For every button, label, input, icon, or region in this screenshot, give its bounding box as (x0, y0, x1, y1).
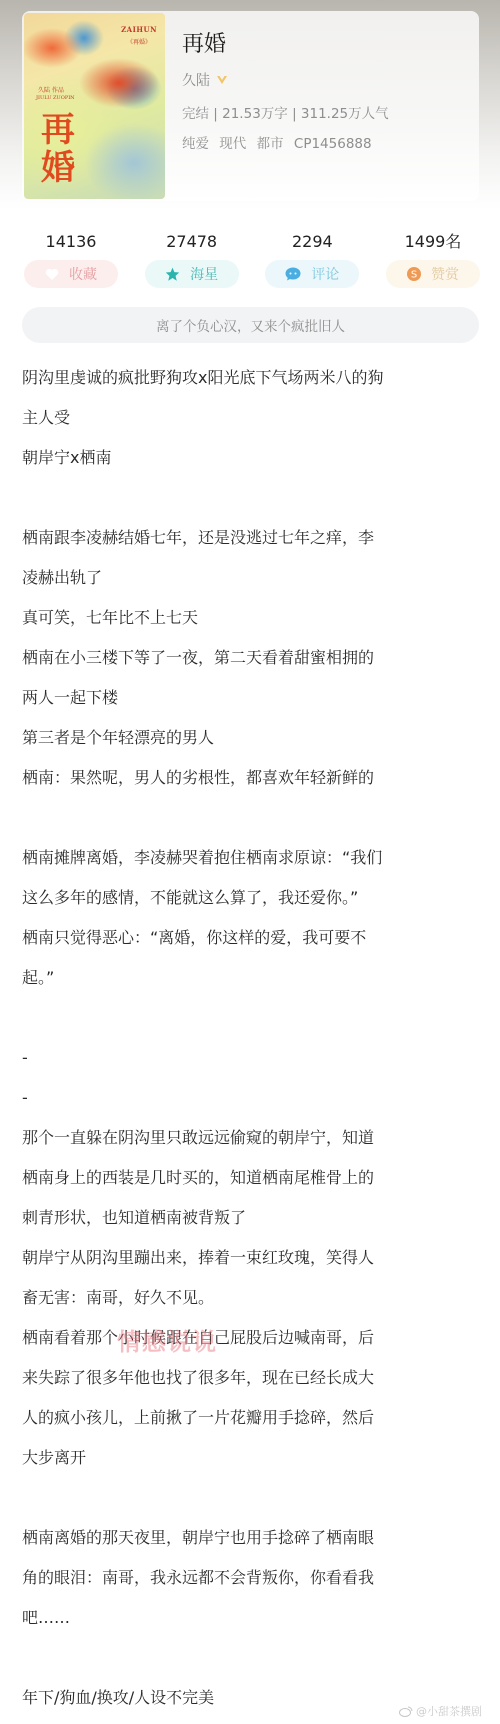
synopsis-line: 角的眼泪：南哥，我永远都不会背叛你，你看看我 (22, 1558, 482, 1598)
separator-line: - (22, 1078, 482, 1118)
book-tagline: 离了个负心汉，又来个疯批旧人 (22, 307, 479, 343)
author-name[interactable]: 久陆 (182, 70, 210, 90)
starfish-count: 27478 (166, 232, 217, 252)
starfish-button[interactable]: 海星 (145, 260, 239, 288)
stat-comments: 2294 评论 (263, 232, 361, 288)
reward-rank: 1499名 (405, 232, 462, 252)
reward-button[interactable]: S 赞赏 (386, 260, 480, 288)
synopsis-line: 栖南摊牌离婚，李凌赫哭着抱住栖南求原谅：“我们 (22, 838, 482, 878)
synopsis-line: 来失踪了很多年他也找了很多年，现在已经长成大 (22, 1358, 482, 1398)
cover-title: 再婚 (36, 111, 80, 187)
stats-bar: 14136 收藏 27478 海星 2294 评论 (22, 232, 482, 288)
synopsis-line: 凌赫出轨了 (22, 558, 482, 598)
svg-text:S: S (411, 270, 417, 281)
cp-id: CP1456888 (294, 136, 372, 152)
synopsis-line: 栖南身上的西装是几时买的，知道栖南尾椎骨上的 (22, 1158, 482, 1198)
synopsis-line: 栖南跟李凌赫结婚七年，还是没逃过七年之痒，李 (22, 518, 482, 558)
star-icon (165, 267, 180, 281)
synopsis-line: 栖南离婚的那天夜里，朝岸宁也用手捻碎了栖南眼 (22, 1518, 482, 1558)
cover-author-en: JIULU ZUOPIN (36, 95, 75, 101)
weibo-logo-icon (399, 1706, 413, 1717)
heart-icon (45, 268, 59, 281)
synopsis-line: 栖南：果然呢，男人的劣根性，都喜欢年轻新鲜的 (22, 758, 482, 798)
synopsis-line: 第三者是个年轻漂亮的男人 (22, 718, 482, 758)
blank-line (22, 478, 482, 518)
synopsis-line: 栖南在小三楼下等了一夜，第二天看着甜蜜相拥的 (22, 638, 482, 678)
comment-label: 评论 (311, 264, 339, 284)
synopsis-line: 真可笑，七年比不上七天 (22, 598, 482, 638)
comment-button[interactable]: 评论 (265, 260, 359, 288)
comment-bubble-icon (285, 267, 301, 281)
stat-reward: 1499名 S 赞赏 (384, 232, 482, 288)
synopsis-line: 那个一直躲在阴沟里只敢远远偷窥的朝岸宁，知道 (22, 1118, 482, 1158)
book-cover-image[interactable]: ZAIHUN 《再婚》 久陆 作品 JIULU ZUOPIN 再婚 (24, 13, 165, 199)
watermark-handle: @小甜茶撰剧 (416, 1703, 482, 1719)
synopsis-line: 两人一起下楼 (22, 678, 482, 718)
reward-label: 赞赏 (431, 264, 459, 284)
favorite-label: 收藏 (69, 264, 97, 284)
stat-favorites: 14136 收藏 (22, 232, 120, 288)
synopsis-line: 畜无害：南哥，好久不见。 (22, 1278, 482, 1318)
starfish-label: 海星 (190, 264, 218, 284)
author-row[interactable]: 久陆 (182, 70, 228, 90)
book-meta: 完结 | 21.53万字 | 311.25万人气 (182, 102, 389, 122)
synopsis: 阴沟里虔诚的疯批野狗攻x阳光底下气场两米八的狗 主人受 朝岸宁x栖南 栖南跟李凌… (22, 358, 482, 1718)
comments-count: 2294 (292, 232, 333, 252)
tag[interactable]: 纯爱 (182, 136, 209, 152)
synopsis-line: 阴沟里虔诚的疯批野狗攻x阳光底下气场两米八的狗 (22, 358, 482, 398)
synopsis-line: 这么多年的感情，不能就这么算了，我还爱你。” (22, 878, 482, 918)
watermark-corner: @小甜茶撰剧 (399, 1703, 482, 1719)
synopsis-line: 栖南看着那个小时候跟在自己屁股后边喊南哥，后 (22, 1318, 482, 1358)
synopsis-line: 栖南只觉得恶心：“离婚，你这样的爱，我可要不 (22, 918, 482, 958)
separator-line: - (22, 1038, 482, 1078)
synopsis-line: 起。” (22, 958, 482, 998)
synopsis-line: 朝岸宁x栖南 (22, 438, 482, 478)
book-title: 再婚 (182, 27, 226, 58)
synopsis-line: 主人受 (22, 398, 482, 438)
book-tags: 纯爱 现代 都市 CP1456888 (182, 132, 378, 152)
favorites-count: 14136 (46, 232, 97, 252)
vip-heart-icon (216, 75, 228, 85)
blank-line (22, 798, 482, 838)
blank-line (22, 1478, 482, 1518)
synopsis-line: 朝岸宁从阴沟里蹦出来，捧着一束红玫瑰，笑得人 (22, 1238, 482, 1278)
favorite-button[interactable]: 收藏 (24, 260, 118, 288)
synopsis-line: 吧…… (22, 1598, 482, 1638)
cover-en-title: ZAIHUN (121, 25, 157, 34)
tag[interactable]: 现代 (219, 136, 246, 152)
coin-icon: S (407, 267, 421, 281)
synopsis-line: 刺青形状，也知道栖南被背叛了 (22, 1198, 482, 1238)
cover-author: 久陆 作品 (38, 85, 64, 94)
cover-subtitle: 《再婚》 (127, 37, 151, 46)
blank-line (22, 998, 482, 1038)
tag[interactable]: 都市 (257, 136, 284, 152)
stat-starfish: 27478 海星 (143, 232, 241, 288)
synopsis-line: 大步离开 (22, 1438, 482, 1478)
synopsis-line: 人的疯小孩儿，上前揪了一片花瓣用手捻碎，然后 (22, 1398, 482, 1438)
blank-line (22, 1638, 482, 1678)
